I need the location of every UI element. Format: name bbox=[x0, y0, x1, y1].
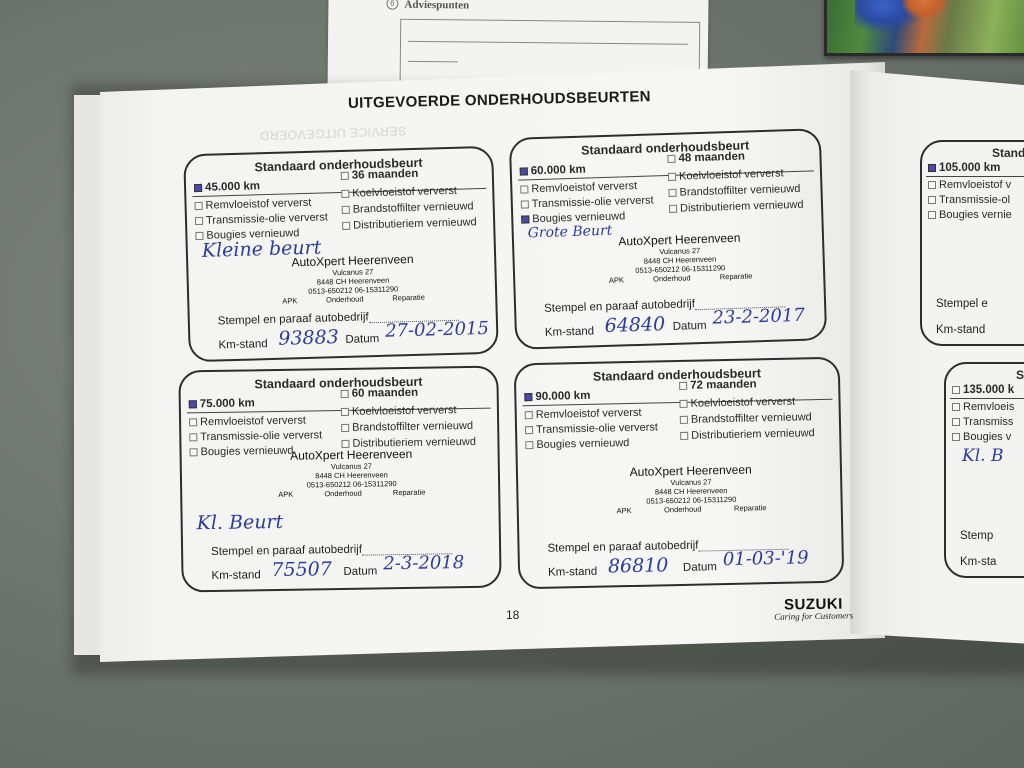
date-label: Datum bbox=[673, 320, 707, 333]
km-checkbox[interactable] bbox=[524, 393, 532, 401]
brake_fluid-label: Remvloeistof ververst bbox=[536, 407, 642, 421]
spark_plugs-checkbox[interactable] bbox=[525, 441, 533, 449]
km-interval-row: 60.000 km bbox=[520, 164, 586, 178]
fuel_filter-checkbox[interactable] bbox=[668, 189, 676, 197]
stamp-label-fragment: Stemp bbox=[960, 530, 993, 542]
garage-tag: Onderhoud bbox=[664, 505, 702, 515]
km-interval-row: 75.000 km bbox=[189, 397, 255, 410]
km-reading-row: Km-stand bbox=[218, 338, 268, 351]
garage-tag: Reparatie bbox=[720, 271, 753, 281]
months-interval: 48 maanden bbox=[678, 151, 745, 165]
garage-tags: APKOnderhoudReparatie bbox=[278, 488, 425, 499]
checklist-row: Brandstoffilter vernieuwd bbox=[341, 420, 473, 434]
row-label: Remvloeistof v bbox=[939, 179, 1011, 191]
checklist-row: Distributieriem vernieuwd bbox=[342, 216, 477, 232]
fuel_filter-label: Brandstoffilter vernieuwd bbox=[691, 411, 812, 426]
section-number: 6 bbox=[386, 0, 398, 10]
row-label: Bougies vernie bbox=[939, 209, 1012, 221]
brake_fluid-checkbox[interactable] bbox=[525, 411, 533, 419]
months-checkbox[interactable] bbox=[341, 390, 349, 398]
garage-tag: Onderhoud bbox=[324, 489, 362, 499]
km-label: Km-stand bbox=[218, 338, 268, 351]
date-row: Datum bbox=[343, 565, 377, 578]
spark_plugs-checkbox[interactable] bbox=[521, 215, 529, 223]
km-interval-row: 45.000 km bbox=[194, 180, 260, 194]
date-label: Datum bbox=[345, 333, 379, 346]
km-reading-row: Km-stand bbox=[548, 566, 597, 579]
km-interval: 60.000 km bbox=[531, 164, 586, 178]
stamp-label-text: Stempel en paraaf autobedrijf bbox=[218, 311, 369, 327]
partial-km-row: 105.000 km bbox=[928, 162, 1000, 174]
months-interval-row: 72 maanden bbox=[679, 378, 757, 392]
km-reading: 93883 bbox=[278, 326, 339, 350]
advice-heading: Adviespunten bbox=[404, 0, 469, 11]
box-title: Standaard onderhoudsbeurt bbox=[511, 136, 819, 160]
garage-tag: Onderhoud bbox=[326, 294, 364, 304]
stamp-label-text: Stempel en paraaf autobedrijf bbox=[547, 540, 698, 555]
months-checkbox[interactable] bbox=[341, 172, 349, 180]
garage-tag: APK bbox=[609, 275, 624, 284]
months-interval-row: 60 maanden bbox=[341, 387, 419, 400]
stamp-label-fragment: Stempel e bbox=[936, 298, 988, 310]
spark_plugs-label: Bougies vernieuwd bbox=[536, 437, 629, 451]
service-date: 2-3-2018 bbox=[383, 552, 464, 574]
coolant-checkbox[interactable] bbox=[341, 190, 349, 198]
transmission_oil-label: Transmissie-olie ververst bbox=[532, 194, 654, 210]
km-interval-row: 90.000 km bbox=[524, 390, 590, 403]
km-label: Km-stand bbox=[548, 566, 597, 579]
km-label-fragment: Km-sta bbox=[960, 556, 996, 568]
transmission_oil-label: Transmissie-olie ververst bbox=[206, 211, 328, 226]
stamp-label-text: Stempel en paraaf autobedrijf bbox=[544, 298, 695, 315]
transmission_oil-checkbox[interactable] bbox=[195, 217, 203, 225]
fuel_filter-checkbox[interactable] bbox=[342, 206, 350, 214]
timing_belt-checkbox[interactable] bbox=[680, 432, 688, 440]
timing_belt-label: Distributieriem vernieuwd bbox=[353, 216, 477, 231]
partial-service-box: Stand105.000 kmRemvloeistof vTransmissie… bbox=[920, 140, 1024, 346]
box-title: Standaard onderhoudsbeurt bbox=[185, 154, 491, 177]
date-row: Datum bbox=[673, 320, 707, 333]
km-interval: 75.000 km bbox=[200, 397, 255, 410]
checklist-row: Remvloeistof ververst bbox=[525, 407, 642, 421]
garage-tag: APK bbox=[278, 490, 293, 499]
garage-name: AutoXpert Heerenveen bbox=[278, 447, 425, 463]
checklist-row: Brandstoffilter vernieuwd bbox=[668, 183, 800, 199]
garage-stamp: AutoXpert HeerenveenVulcanus 278448 CH H… bbox=[281, 252, 425, 306]
row-label: Remvloeis bbox=[963, 401, 1014, 413]
km-interval: 45.000 km bbox=[205, 180, 260, 194]
garage-stamp: AutoXpert HeerenveenVulcanus 278448 CH H… bbox=[278, 447, 426, 499]
spark_plugs-checkbox[interactable] bbox=[190, 448, 198, 456]
fuel_filter-checkbox[interactable] bbox=[680, 416, 688, 424]
partial-checklist-row: Transmissie-ol bbox=[928, 194, 1010, 206]
checklist-row: Distributieriem vernieuwd bbox=[680, 427, 815, 442]
fuel_filter-checkbox[interactable] bbox=[341, 424, 349, 432]
garage-stamp: AutoXpert HeerenveenVulcanus 278448 CH H… bbox=[616, 462, 767, 515]
partial-checklist-row: Transmiss bbox=[952, 416, 1013, 428]
timing_belt-checkbox[interactable] bbox=[341, 440, 349, 448]
km-reading-row: Km-stand bbox=[211, 569, 260, 582]
brake_fluid-checkbox[interactable] bbox=[189, 418, 197, 426]
months-interval: 36 maanden bbox=[352, 168, 419, 182]
km-interval: 90.000 km bbox=[535, 390, 590, 403]
checkbox[interactable] bbox=[928, 211, 936, 219]
km-label: Km-stand bbox=[211, 569, 260, 582]
months-interval-row: 48 maanden bbox=[667, 151, 745, 165]
coolant-checkbox[interactable] bbox=[679, 400, 687, 408]
fuel_filter-label: Brandstoffilter vernieuwd bbox=[679, 183, 800, 199]
garage-tag: APK bbox=[616, 506, 631, 515]
brake_fluid-checkbox[interactable] bbox=[520, 185, 528, 193]
garage-tag: Reparatie bbox=[393, 488, 426, 498]
months-interval: 60 maanden bbox=[352, 387, 419, 400]
timing_belt-checkbox[interactable] bbox=[669, 205, 677, 213]
suzuki-brand: SUZUKI Caring for Customers bbox=[774, 595, 853, 621]
partial-checklist-row: Remvloeis bbox=[952, 401, 1014, 413]
km-checkbox[interactable] bbox=[194, 184, 202, 192]
brake_fluid-label: Remvloeistof ververst bbox=[205, 197, 311, 212]
checklist-row: Transmissie-olie ververst bbox=[189, 429, 322, 443]
garage-stamp: AutoXpert HeerenveenVulcanus 278448 CH H… bbox=[607, 230, 752, 284]
checklist-row: Koelvloeistof ververst bbox=[668, 167, 784, 183]
partial-checklist-row: Remvloeistof v bbox=[928, 179, 1011, 191]
brand-slogan: Caring for Customers bbox=[774, 610, 853, 621]
km-checkbox[interactable] bbox=[189, 400, 197, 408]
fuel_filter-label: Brandstoffilter vernieuwd bbox=[352, 420, 473, 434]
box-title: Standaard onderhoudsbeurt bbox=[180, 374, 496, 393]
km-reading: 64840 bbox=[604, 313, 665, 337]
service-box: Standaard onderhoudsbeurt60.000 km48 maa… bbox=[509, 128, 828, 350]
transmission_oil-label: Transmissie-olie ververst bbox=[536, 421, 658, 436]
km-reading: 86810 bbox=[608, 554, 669, 577]
brake_fluid-label: Remvloeistof ververst bbox=[531, 180, 637, 195]
garage-tags: APKOnderhoudReparatie bbox=[616, 503, 766, 515]
box-title: Standaard onderhoudsbeurt bbox=[516, 365, 838, 386]
coolant-checkbox[interactable] bbox=[668, 173, 676, 181]
page-number: 18 bbox=[506, 608, 519, 622]
months-checkbox[interactable] bbox=[679, 382, 687, 390]
checklist-row: Remvloeistof ververst bbox=[194, 197, 311, 212]
brake_fluid-label: Remvloeistof ververst bbox=[200, 415, 306, 429]
bird-breast bbox=[902, 0, 947, 19]
coolant-label: Koelvloeistof ververst bbox=[352, 404, 457, 418]
row-label: Bougies v bbox=[963, 431, 1011, 443]
handwritten-note: Grote Beurt bbox=[528, 223, 613, 242]
date-label: Datum bbox=[683, 561, 717, 574]
km-label-fragment: Km-stand bbox=[936, 324, 985, 336]
fuel_filter-label: Brandstoffilter vernieuwd bbox=[353, 200, 474, 215]
coolant-label: Koelvloeistof ververst bbox=[690, 396, 795, 410]
handwritten-note: Kl. Beurt bbox=[197, 511, 284, 534]
partial-title: S bbox=[1016, 368, 1024, 382]
months-interval-row: 36 maanden bbox=[341, 168, 419, 182]
coolant-checkbox[interactable] bbox=[341, 408, 349, 416]
garage-tag: Reparatie bbox=[734, 503, 767, 513]
months-interval: 72 maanden bbox=[690, 378, 757, 391]
checklist-row: Brandstoffilter vernieuwd bbox=[342, 200, 474, 216]
km-checkbox[interactable] bbox=[952, 386, 960, 394]
checklist-row: Distributieriem vernieuwd bbox=[669, 199, 804, 215]
brake_fluid-checkbox[interactable] bbox=[194, 202, 202, 210]
checklist-row: Bougies vernieuwd bbox=[525, 437, 629, 451]
checkbox[interactable] bbox=[952, 403, 960, 411]
km-reading-row: Km-stand bbox=[545, 325, 595, 339]
row-label: Transmissie-ol bbox=[939, 194, 1010, 206]
service-box: Standaard onderhoudsbeurt75.000 km60 maa… bbox=[178, 366, 501, 593]
timing_belt-label: Distributieriem vernieuwd bbox=[691, 427, 815, 442]
partial-title: Stand bbox=[992, 146, 1024, 160]
handwritten-note: Kl. B bbox=[962, 446, 1003, 466]
transmission_oil-checkbox[interactable] bbox=[521, 200, 529, 208]
date-row: Datum bbox=[345, 333, 379, 346]
date-row: Datum bbox=[683, 561, 717, 574]
checkbox[interactable] bbox=[928, 181, 936, 189]
garage-tag: Reparatie bbox=[392, 293, 425, 303]
checklist-row: Koelvloeistof ververst bbox=[341, 185, 457, 200]
km-reading: 75507 bbox=[271, 558, 332, 581]
service-date: 27-02-2015 bbox=[385, 318, 489, 342]
service-date: 23-2-2017 bbox=[712, 305, 805, 329]
km-interval: 135.000 k bbox=[963, 384, 1014, 396]
checklist-row: Koelvloeistof ververst bbox=[341, 404, 457, 418]
stamp-label-text: Stempel en paraaf autobedrijf bbox=[211, 544, 362, 558]
checkbox[interactable] bbox=[952, 433, 960, 441]
partial-km-row: 135.000 k bbox=[952, 384, 1014, 396]
coolant-label: Koelvloeistof ververst bbox=[352, 185, 457, 200]
row-label: Transmiss bbox=[963, 416, 1013, 428]
service-box: Standaard onderhoudsbeurt90.000 km72 maa… bbox=[514, 357, 845, 590]
transmission_oil-label: Transmissie-olie ververst bbox=[200, 429, 322, 443]
checklist-row: Transmissie-olie ververst bbox=[521, 194, 654, 210]
months-checkbox[interactable] bbox=[667, 155, 675, 163]
coolant-label: Koelvloeistof ververst bbox=[679, 167, 784, 182]
timing_belt-checkbox[interactable] bbox=[342, 222, 350, 230]
partial-service-box: S135.000 kRemvloeisTransmissBougies vKl.… bbox=[944, 362, 1024, 578]
km-interval: 105.000 km bbox=[939, 162, 1000, 174]
service-box: Standaard onderhoudsbeurt45.000 km36 maa… bbox=[183, 146, 499, 363]
service-date: 01-03-'19 bbox=[723, 547, 809, 570]
transmission_oil-checkbox[interactable] bbox=[189, 433, 197, 441]
checklist-row: Remvloeistof ververst bbox=[189, 415, 306, 429]
partial-checklist-row: Bougies v bbox=[952, 431, 1011, 443]
divider bbox=[950, 398, 1024, 399]
checklist-row: Transmissie-olie ververst bbox=[525, 421, 658, 436]
km-checkbox[interactable] bbox=[520, 167, 528, 175]
checklist-row: Brandstoffilter vernieuwd bbox=[680, 411, 812, 426]
checkbox[interactable] bbox=[928, 196, 936, 204]
timing_belt-label: Distributieriem vernieuwd bbox=[680, 199, 804, 215]
transmission_oil-checkbox[interactable] bbox=[525, 426, 533, 434]
checklist-row: Transmissie-olie ververst bbox=[195, 211, 328, 227]
bird-photo bbox=[824, 0, 1024, 56]
checklist-row: Remvloeistof ververst bbox=[520, 180, 637, 196]
checklist-row: Koelvloeistof ververst bbox=[679, 396, 795, 410]
km-label: Km-stand bbox=[545, 325, 595, 339]
partial-checklist-row: Bougies vernie bbox=[928, 209, 1012, 221]
divider bbox=[926, 176, 1024, 177]
garage-tag: APK bbox=[282, 296, 297, 305]
km-checkbox[interactable] bbox=[928, 164, 936, 172]
date-label: Datum bbox=[343, 565, 377, 578]
spark_plugs-checkbox[interactable] bbox=[195, 232, 203, 240]
checkbox[interactable] bbox=[952, 418, 960, 426]
garage-tag: Onderhoud bbox=[653, 273, 691, 283]
